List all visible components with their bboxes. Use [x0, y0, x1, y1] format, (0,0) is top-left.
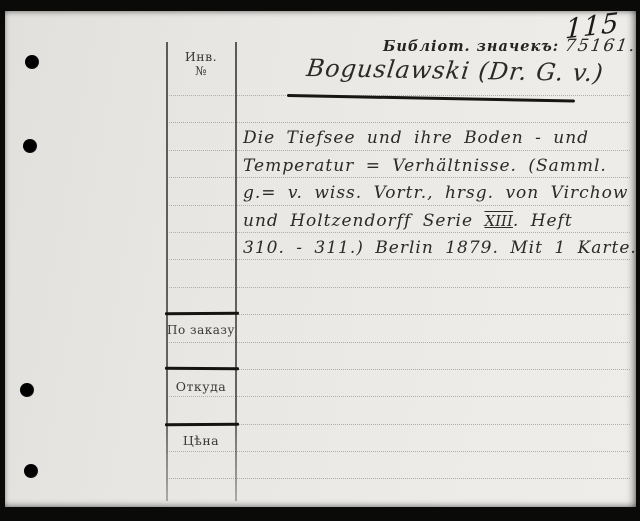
punch-hole: [24, 464, 38, 478]
entry-line: Temperatur = Verhältnisse. (Samml.: [243, 153, 640, 181]
entry-line: 310. - 311.) Berlin 1879. Mit 1 Karte.: [243, 235, 640, 263]
punch-hole: [20, 383, 34, 397]
order-label: По заказу: [164, 323, 238, 337]
section-divider-bar: [165, 367, 239, 370]
entry-line: und Holtzendorff Serie XIII. Heft: [243, 208, 640, 236]
catalog-card: Инв. № По заказу Откуда Цѣна Библіот. зн…: [5, 11, 636, 507]
price-label: Цѣна: [164, 433, 238, 448]
scanned-page: { "page_number": "115", "header": { "sta…: [0, 0, 640, 521]
punch-hole: [25, 55, 39, 69]
punch-hole: [23, 139, 37, 153]
section-divider-bar: [165, 312, 239, 316]
section-divider-bar: [165, 423, 239, 426]
entry-line: g.= v. wiss. Vortr., hrsg. von Virchow: [243, 180, 640, 208]
bibliographic-entry: Die Tiefsee und ihre Boden - und Tempera…: [243, 125, 640, 263]
roman-numeral: XIII: [484, 212, 512, 230]
author-heading: Boguslawski (Dr. G. v.): [305, 54, 605, 87]
inventory-number-sign: №: [164, 64, 238, 78]
origin-label: Откуда: [164, 379, 238, 394]
entry-line: Die Tiefsee und ihre Boden - und: [243, 125, 640, 153]
library-stamp-label: Библіот. значекъ:: [383, 38, 559, 55]
inventory-number-label: Инв.: [164, 49, 238, 64]
